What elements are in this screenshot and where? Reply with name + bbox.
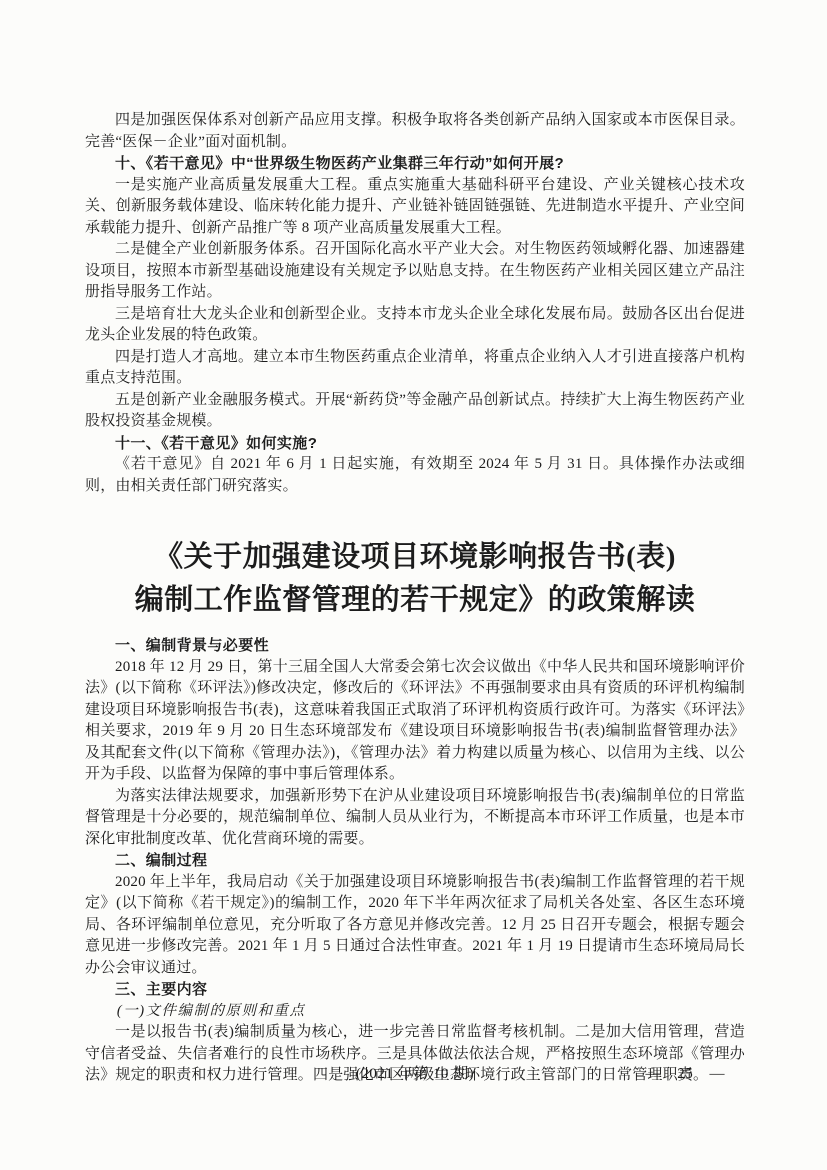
paragraph-q10-3: 三是培育壮大龙头企业和创新型企业。支持本市龙头企业全球化发展布局。鼓励各区出台促… — [85, 304, 745, 347]
article-title-line-2: 编制工作监督管理的若干规定》的政策解读 — [135, 584, 696, 616]
document-page: 四是加强医保体系对创新产品应用支撑。积极争取将各类创新产品纳入国家或本市医保目录… — [0, 0, 827, 1170]
paragraph-s1-2: 为落实法律法规要求，加强新形势下在沪从业建设项目环境影响报告书(表)编制单位的日… — [85, 786, 745, 851]
question-heading-11: 十一、《若干意见》如何实施? — [85, 433, 745, 455]
question-heading-10: 十、《若干意见》中“世界级生物医药产业集群三年行动”如何开展? — [85, 153, 745, 175]
paragraph-measure-4: 四是加强医保体系对创新产品应用支撑。积极争取将各类创新产品纳入国家或本市医保目录… — [85, 110, 745, 153]
article-body: 四是加强医保体系对创新产品应用支撑。积极争取将各类创新产品纳入国家或本市医保目录… — [85, 110, 745, 1087]
paragraph-s1-1: 2018 年 12 月 29 日，第十三届全国人大常委会第七次会议做出《中华人民… — [85, 657, 745, 786]
sub-heading-s3-1: (一)文件编制的原则和重点 — [85, 1001, 745, 1023]
section-heading-2: 二、编制过程 — [85, 850, 745, 872]
section-heading-1: 一、编制背景与必要性 — [85, 635, 745, 657]
paragraph-q10-4: 四是打造人才高地。建立本市生物医药重点企业清单，将重点企业纳入人才引进直接落户机… — [85, 347, 745, 390]
page-number: — 25 — — [646, 1063, 726, 1085]
article-title: 《关于加强建设项目环境影响报告书(表) 编制工作监督管理的若干规定》的政策解读 — [85, 536, 745, 622]
page-footer: (2021 年第 10 期) — 25 — — [85, 1063, 745, 1085]
paragraph-q10-1: 一是实施产业高质量发展重大工程。重点实施重大基础科研平台建设、产业关键核心技术攻… — [85, 175, 745, 240]
article-title-line-1: 《关于加强建设项目环境影响报告书(表) — [154, 541, 676, 573]
paragraph-s2-1: 2020 年上半年，我局启动《关于加强建设项目环境影响报告书(表)编制工作监督管… — [85, 872, 745, 980]
paragraph-q10-2: 二是健全产业创新服务体系。召开国际化高水平产业大会。对生物医药领域孵化器、加速器… — [85, 239, 745, 304]
paragraph-q10-5: 五是创新产业金融服务模式。开展“新药贷”等金融产品创新试点。持续扩大上海生物医药… — [85, 390, 745, 433]
paragraph-q11-1: 《若干意见》自 2021 年 6 月 1 日起实施，有效期至 2024 年 5 … — [85, 454, 745, 497]
section-heading-3: 三、主要内容 — [85, 979, 745, 1001]
